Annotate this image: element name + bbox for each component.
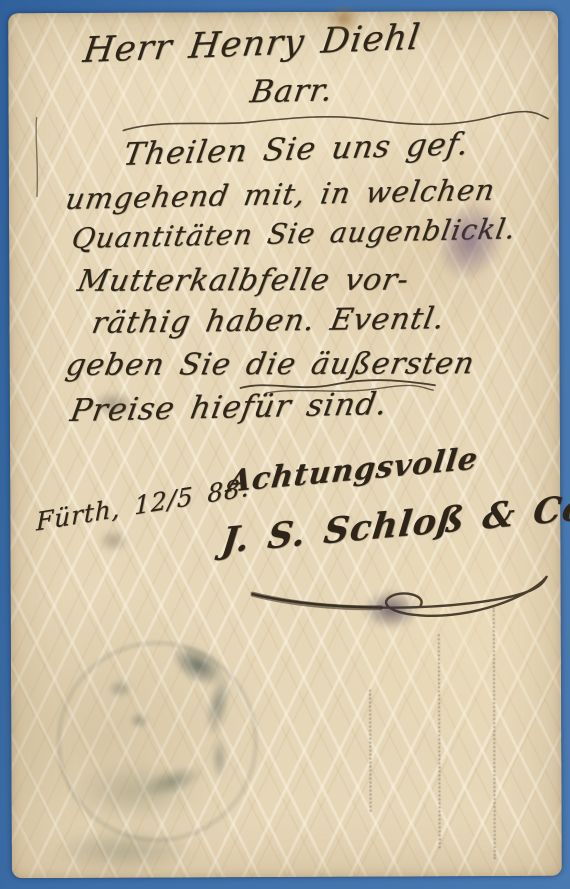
- bleed-through-dotted-line: [438, 634, 441, 848]
- handwriting-line: räthig haben. Eventl.: [89, 301, 448, 341]
- place-date-line: Fürth, 12/5 88.: [36, 472, 250, 536]
- postmark-ghost-smear: [48, 828, 198, 873]
- bleed-through-dotted-line: [493, 607, 496, 859]
- stray-pen-line: [29, 115, 45, 199]
- recipient-place-line: Barr.: [248, 72, 336, 110]
- signature-line: J. S. Schloß & Co.: [219, 486, 570, 562]
- handwriting-line: Theilen Sie uns gef.: [121, 126, 472, 173]
- postcard: Herr Henry Diehl Barr. Theilen Sie uns g…: [8, 11, 562, 878]
- ink-smudge: [363, 589, 419, 629]
- postmark-ghost-blob: [107, 679, 133, 699]
- paper-stain: [326, 4, 360, 34]
- postmark-ghost-smear: [69, 760, 199, 823]
- bleed-through-dotted-line: [369, 690, 372, 812]
- ink-smudge: [92, 391, 136, 417]
- recipient-name-line: Herr Henry Diehl: [81, 18, 423, 71]
- postmark-ghost-blob: [129, 713, 149, 729]
- ink-smudge: [98, 529, 128, 553]
- handwriting-line: geben Sie die äußersten: [63, 346, 478, 383]
- postmark-ghost-blob: [211, 736, 227, 780]
- album-page-background: Herr Henry Diehl Barr. Theilen Sie uns g…: [0, 0, 570, 889]
- handwriting-line: umgehend mit, in welchen: [63, 173, 498, 217]
- closing-line: Achtungsvolle: [226, 441, 480, 500]
- handwriting-line: Mutterkalbfelle vor-: [75, 262, 413, 298]
